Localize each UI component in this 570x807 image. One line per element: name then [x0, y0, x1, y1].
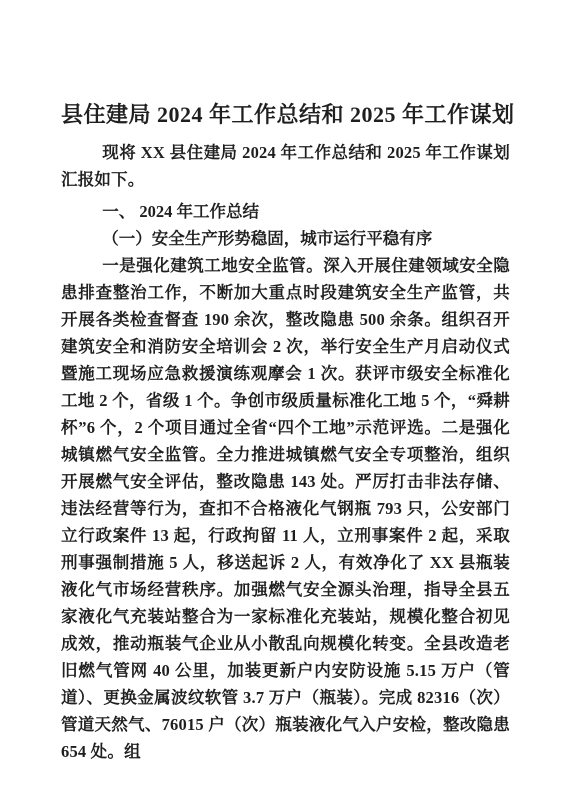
intro-paragraph: 现将 XX 县住建局 2024 年工作总结和 2025 年工作谋划汇报如下。	[61, 139, 510, 193]
body-paragraph: 一是强化建筑工地安全监管。深入开展住建领域安全隐患排查整治工作，不断加大重点时段…	[61, 252, 510, 765]
section-heading: 一、 2024 年工作总结	[61, 198, 510, 225]
document-content: 县住建局 2024 年工作总结和 2025 年工作谋划 现将 XX 县住建局 2…	[61, 100, 510, 765]
document-page: 县住建局 2024 年工作总结和 2025 年工作谋划 现将 XX 县住建局 2…	[0, 0, 570, 807]
subsection-heading: （一）安全生产形势稳固，城市运行平稳有序	[61, 225, 510, 252]
body-text: 深入开展住建领域安全隐患排查整治工作，不断加大重点时段建筑安全生产监管，共开展各…	[61, 256, 510, 437]
body-bold-phrase: 一是强化建筑工地安全监管。	[102, 256, 323, 275]
document-title: 县住建局 2024 年工作总结和 2025 年工作谋划	[61, 100, 510, 130]
body-text: 全力推进城镇燃气安全专项整治，组织开展燃气安全评估，整改隐患 143 处。严厉打…	[61, 445, 510, 761]
